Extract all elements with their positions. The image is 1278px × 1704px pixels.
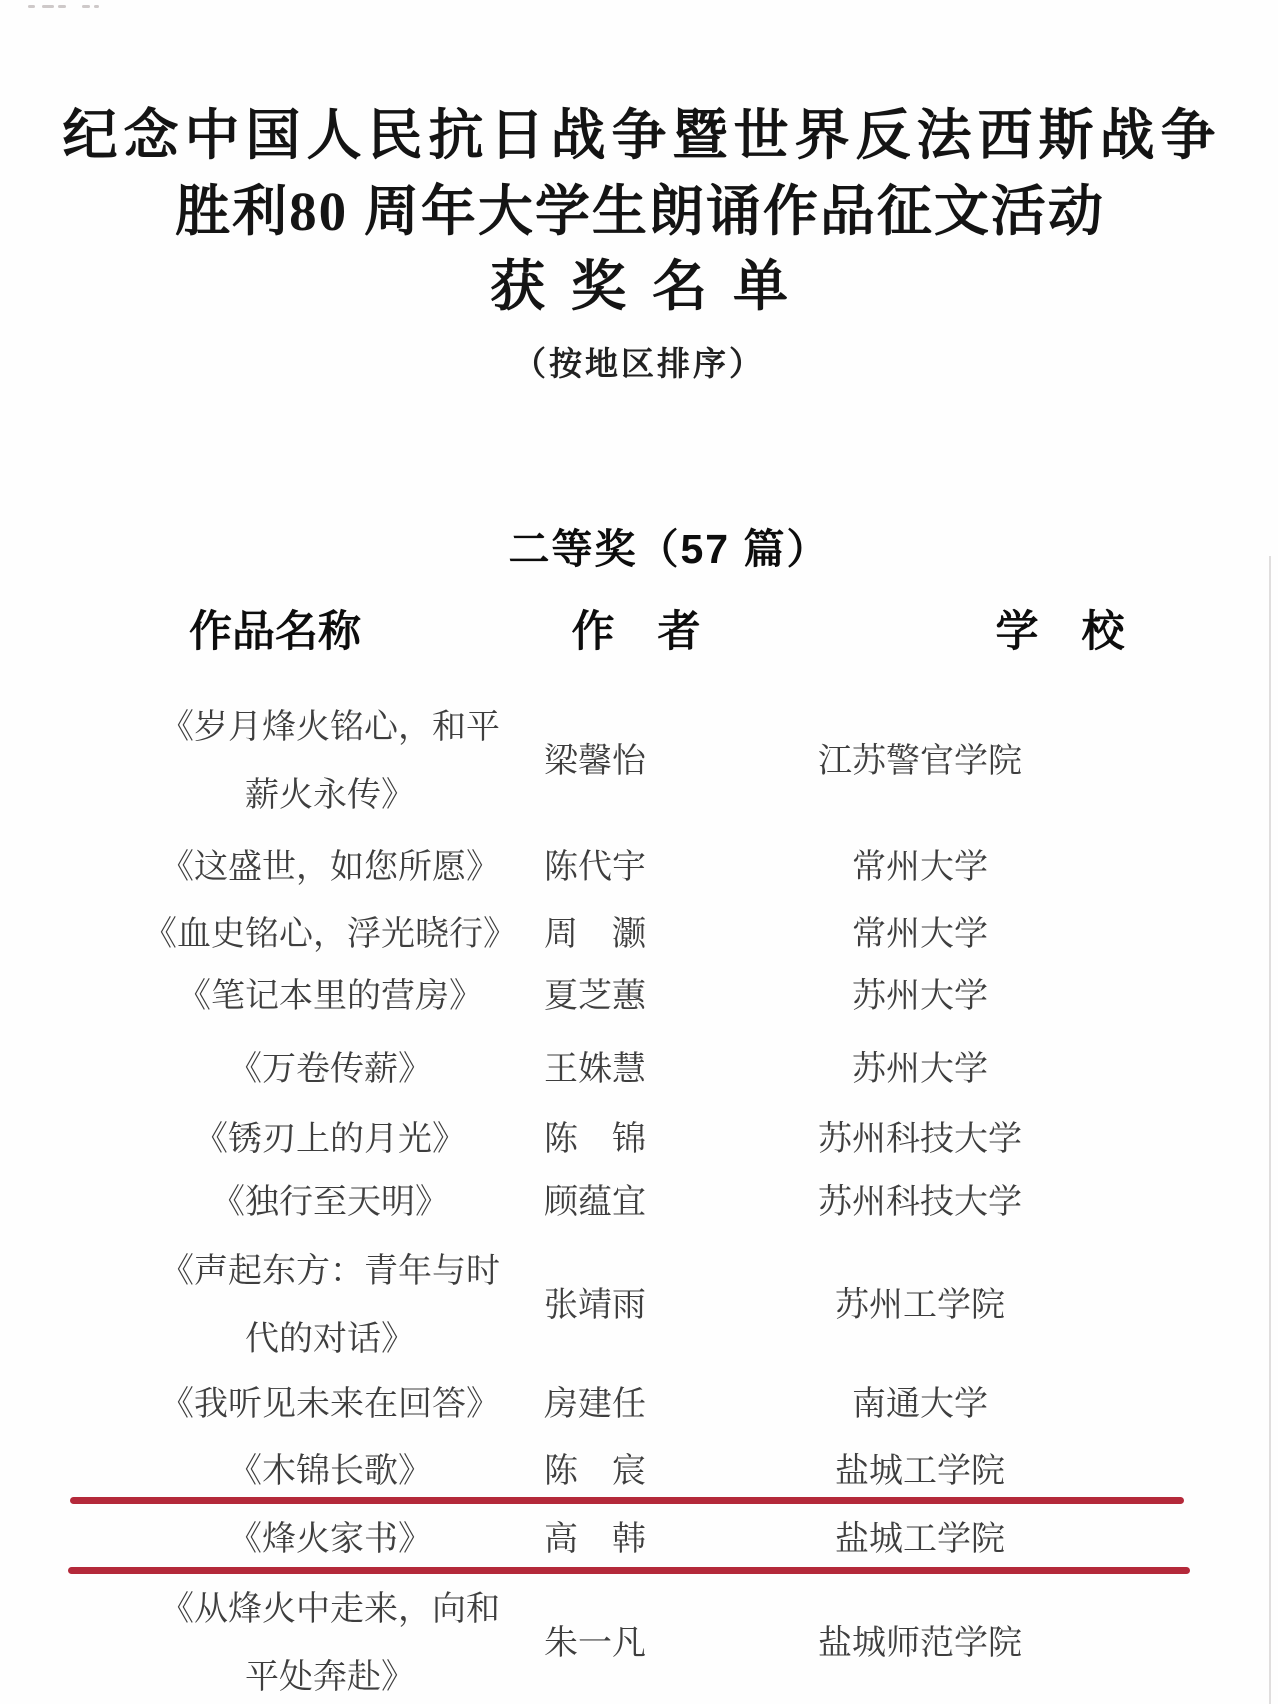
page-edge-line	[1269, 556, 1271, 1704]
school-name: 苏州科技大学	[720, 1184, 1120, 1222]
school-name: 苏州科技大学	[720, 1121, 1120, 1159]
author-name: 张靖雨	[460, 1287, 730, 1325]
column-header-author: 作 者	[486, 598, 786, 659]
scan-artifact	[82, 5, 90, 8]
scan-artifact	[94, 5, 99, 8]
author-name: 梁馨怡	[460, 743, 730, 781]
author-name: 朱一凡	[460, 1625, 730, 1663]
document-title-line-3: 获奖名单	[0, 257, 1278, 317]
author-name: 陈 宸	[460, 1453, 730, 1491]
author-name: 王姝慧	[460, 1051, 730, 1089]
sort-note-subtitle: （按地区排序）	[0, 338, 1278, 385]
second-prize-section-heading: 二等奖（57 篇）	[509, 516, 830, 575]
school-name: 盐城工学院	[720, 1521, 1120, 1559]
scan-artifact	[58, 5, 66, 8]
author-name: 陈代宇	[460, 849, 730, 887]
scan-artifact	[42, 5, 54, 8]
school-name: 常州大学	[720, 849, 1120, 887]
document-title-line-1: 纪念中国人民抗日战争暨世界反法西斯战争	[0, 106, 1278, 166]
school-name: 盐城师范学院	[720, 1625, 1120, 1663]
scan-artifact	[28, 5, 35, 8]
school-name: 江苏警官学院	[720, 743, 1120, 781]
column-header-work: 作品名称	[130, 598, 420, 659]
red-highlight-underline	[70, 1497, 1184, 1504]
school-name: 苏州工学院	[720, 1287, 1120, 1325]
author-name: 周 灏	[460, 916, 730, 954]
school-name: 盐城工学院	[720, 1453, 1120, 1491]
column-header-school: 学 校	[910, 598, 1210, 659]
school-name: 南通大学	[720, 1386, 1120, 1424]
author-name: 顾蕴宜	[460, 1184, 730, 1222]
author-name: 陈 锦	[460, 1121, 730, 1159]
red-highlight-underline	[68, 1567, 1190, 1574]
school-name: 常州大学	[720, 916, 1120, 954]
document-page: 纪念中国人民抗日战争暨世界反法西斯战争 胜利80 周年大学生朗诵作品征文活动 获…	[0, 0, 1278, 1704]
document-title-line-2: 胜利80 周年大学生朗诵作品征文活动	[0, 182, 1278, 242]
school-name: 苏州大学	[720, 978, 1120, 1016]
author-name: 房建任	[460, 1386, 730, 1424]
school-name: 苏州大学	[720, 1051, 1120, 1089]
author-name: 高 韩	[460, 1521, 730, 1559]
author-name: 夏芝蕙	[460, 978, 730, 1016]
